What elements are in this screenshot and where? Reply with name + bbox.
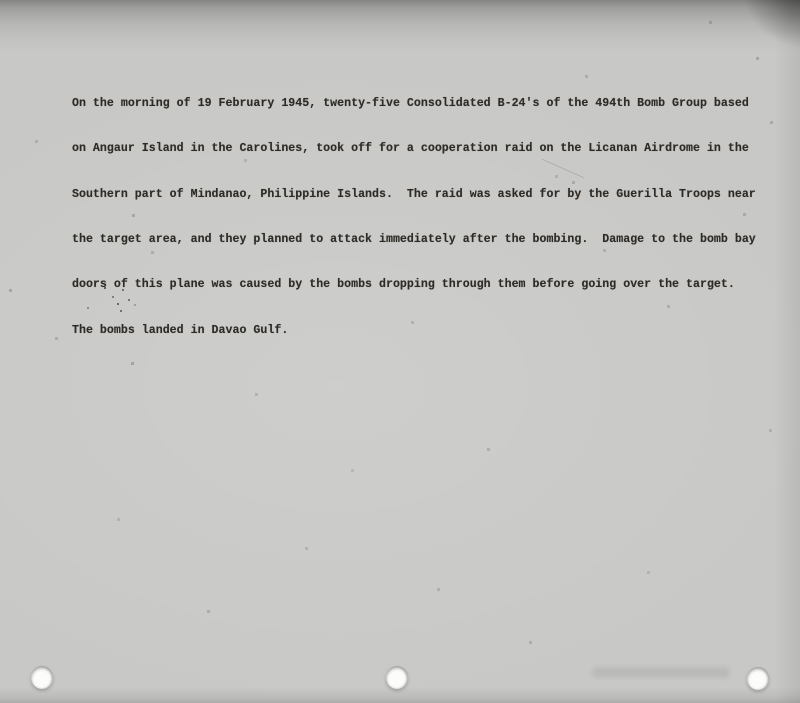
pencil-speck-cluster xyxy=(104,287,106,289)
text-line: Southern part of Mindanao, Philippine Is… xyxy=(72,187,756,202)
scanned-document-page: On the morning of 19 February 1945, twen… xyxy=(0,0,800,703)
faded-ink-smudge xyxy=(592,667,730,678)
text-line: doors of this plane was caused by the bo… xyxy=(72,277,756,292)
text-line: On the morning of 19 February 1945, twen… xyxy=(72,96,756,111)
text-line: on Angaur Island in the Carolines, took … xyxy=(72,141,756,156)
typewritten-paragraph: On the morning of 19 February 1945, twen… xyxy=(72,66,756,368)
binder-hole-left xyxy=(31,666,53,689)
binder-hole-center xyxy=(386,666,408,689)
binder-hole-right xyxy=(747,667,769,690)
text-line: the target area, and they planned to att… xyxy=(72,232,756,247)
paper-dust-specks xyxy=(0,0,1,1)
text-line: The bombs landed in Davao Gulf. xyxy=(72,323,756,338)
